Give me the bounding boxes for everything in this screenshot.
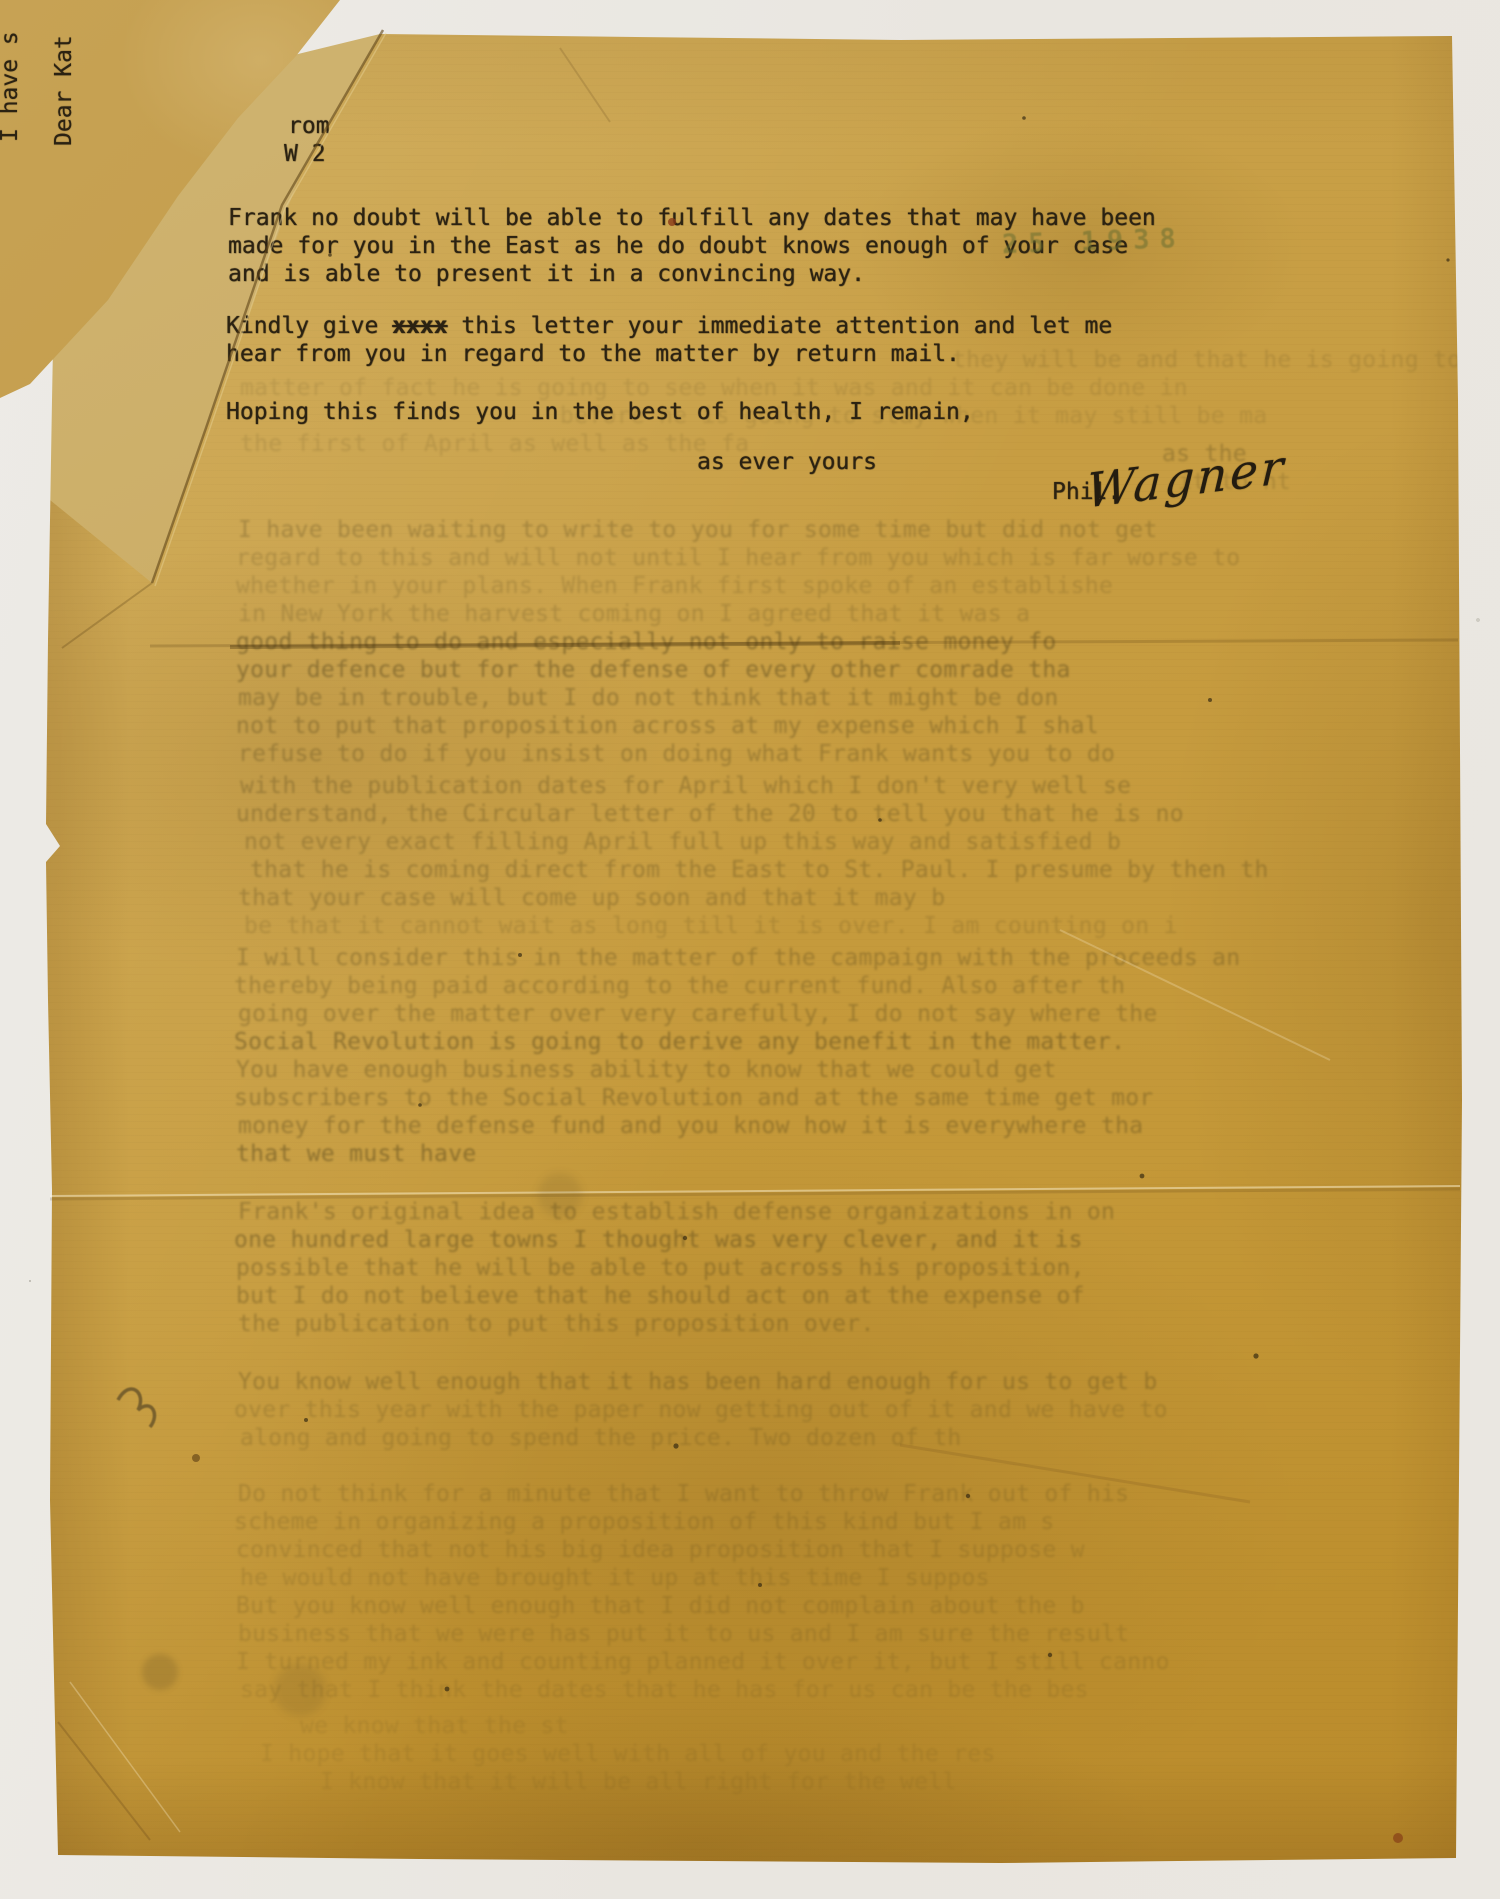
paragraph2-line2: hear from you in regard to the matter by…	[226, 340, 960, 368]
ghost-line: possible that he will be able to put acr…	[236, 1254, 1085, 1282]
scanned-letter-page: they will be and that he is going to hav…	[0, 0, 1500, 1899]
ghost-line: he would not have brought it up at this …	[240, 1564, 990, 1592]
ghost-line: that we must have	[236, 1140, 477, 1168]
paragraph1-line3: and is able to present it in a convincin…	[228, 260, 865, 288]
ghost-line: may be in trouble, but I do not think th…	[238, 684, 1059, 712]
ghost-line: convinced that not his big idea proposit…	[236, 1536, 1085, 1564]
ghost-line: regard to this and will not until I hear…	[236, 544, 1240, 572]
struck-out-text: xxxx	[392, 313, 447, 339]
paragraph2-line1: Kindly give xxxx this letter your immedi…	[226, 312, 1112, 340]
ghost-line: refuse to do if you insist on doing what…	[238, 740, 1115, 768]
ghost-line: good thing to do and especially not only…	[236, 628, 1057, 656]
ghost-line: one hundred large towns I thought was ve…	[234, 1226, 1083, 1254]
ghost-line: the publication to put this proposition …	[238, 1310, 875, 1338]
ghost-line: they will be and that he is going to hav	[952, 346, 1500, 374]
from-line-1: rom	[288, 112, 330, 140]
ghost-line: in New York the harvest coming on I agre…	[238, 600, 1030, 628]
ghost-line: your defence but for the defense of ever…	[236, 656, 1071, 684]
ghost-line: the first of April as well as the fa	[240, 430, 749, 458]
ghost-line: with the publication dates for April whi…	[240, 772, 1131, 800]
ghost-line: money for the defense fund and you know …	[238, 1112, 1143, 1140]
ghost-line: not every exact filling April full up th…	[244, 828, 1121, 856]
ghost-line: not to put that proposition across at my…	[236, 712, 1099, 740]
ghost-line: be that it cannot wait as long till it i…	[244, 912, 1178, 940]
ghost-line: I know that it will be all right for the…	[320, 1768, 957, 1796]
ghost-line: that he is coming direct from the East t…	[250, 856, 1269, 884]
from-line-2: W 2	[284, 140, 326, 168]
ghost-line: I will consider this in the matter of th…	[236, 944, 1240, 972]
ghost-line: I hope that it goes well with all of you…	[260, 1740, 996, 1768]
letter-paper: they will be and that he is going to hav…	[0, 0, 1500, 1899]
ghost-line: I turned my ink and counting planned it …	[236, 1648, 1170, 1676]
ghost-line: business that we were has put it to us a…	[238, 1620, 1129, 1648]
ghost-line: Do not think for a minute that I want to…	[238, 1480, 1129, 1508]
fragment-rotated-line-1: I have s	[0, 31, 24, 142]
fragment-rotated-line-2: Dear Kat	[50, 35, 78, 146]
valediction: as ever yours	[697, 448, 877, 476]
ghost-line: along and going to spend the price. Two …	[240, 1424, 962, 1452]
ghost-line: that your case will come up soon and tha…	[238, 884, 945, 912]
paragraph2-post-strike: this letter your immediate attention and…	[448, 313, 1113, 339]
ghost-line: whether in your plans. When Frank first …	[236, 572, 1113, 600]
ghost-line: going over the matter over very carefull…	[238, 1000, 1158, 1028]
ghost-line: But you know well enough that I did not …	[236, 1592, 1085, 1620]
paragraph1-line2: made for you in the East as he do doubt …	[228, 232, 1128, 260]
ghost-line: scheme in organizing a proposition of th…	[234, 1508, 1055, 1536]
ghost-line: You have enough business ability to know…	[236, 1056, 1057, 1084]
ghost-line: subscribers to the Social Revolution and…	[234, 1084, 1154, 1112]
ghost-line: over this year with the paper now gettin…	[234, 1396, 1168, 1424]
ghost-line: You know well enough that it has been ha…	[238, 1368, 1158, 1396]
ghost-line: we know that the st	[300, 1712, 569, 1740]
ghost-line: say that I think the dates that he has f…	[240, 1676, 1089, 1704]
date-stamp: 25 1938	[1002, 223, 1187, 260]
ghost-line: understand, the Circular letter of the 2…	[236, 800, 1184, 828]
ghost-line: Frank's original idea to establish defen…	[238, 1198, 1115, 1226]
ghost-line: I have been waiting to write to you for …	[238, 516, 1158, 544]
paragraph2-pre-strike: Kindly give	[226, 313, 392, 339]
ghost-line: Social Revolution is going to derive any…	[234, 1028, 1125, 1056]
ghost-line: but I do not believe that he should act …	[236, 1282, 1085, 1310]
paragraph3-line1: Hoping this finds you in the best of hea…	[226, 398, 974, 426]
ghost-line: thereby being paid according to the curr…	[234, 972, 1125, 1000]
